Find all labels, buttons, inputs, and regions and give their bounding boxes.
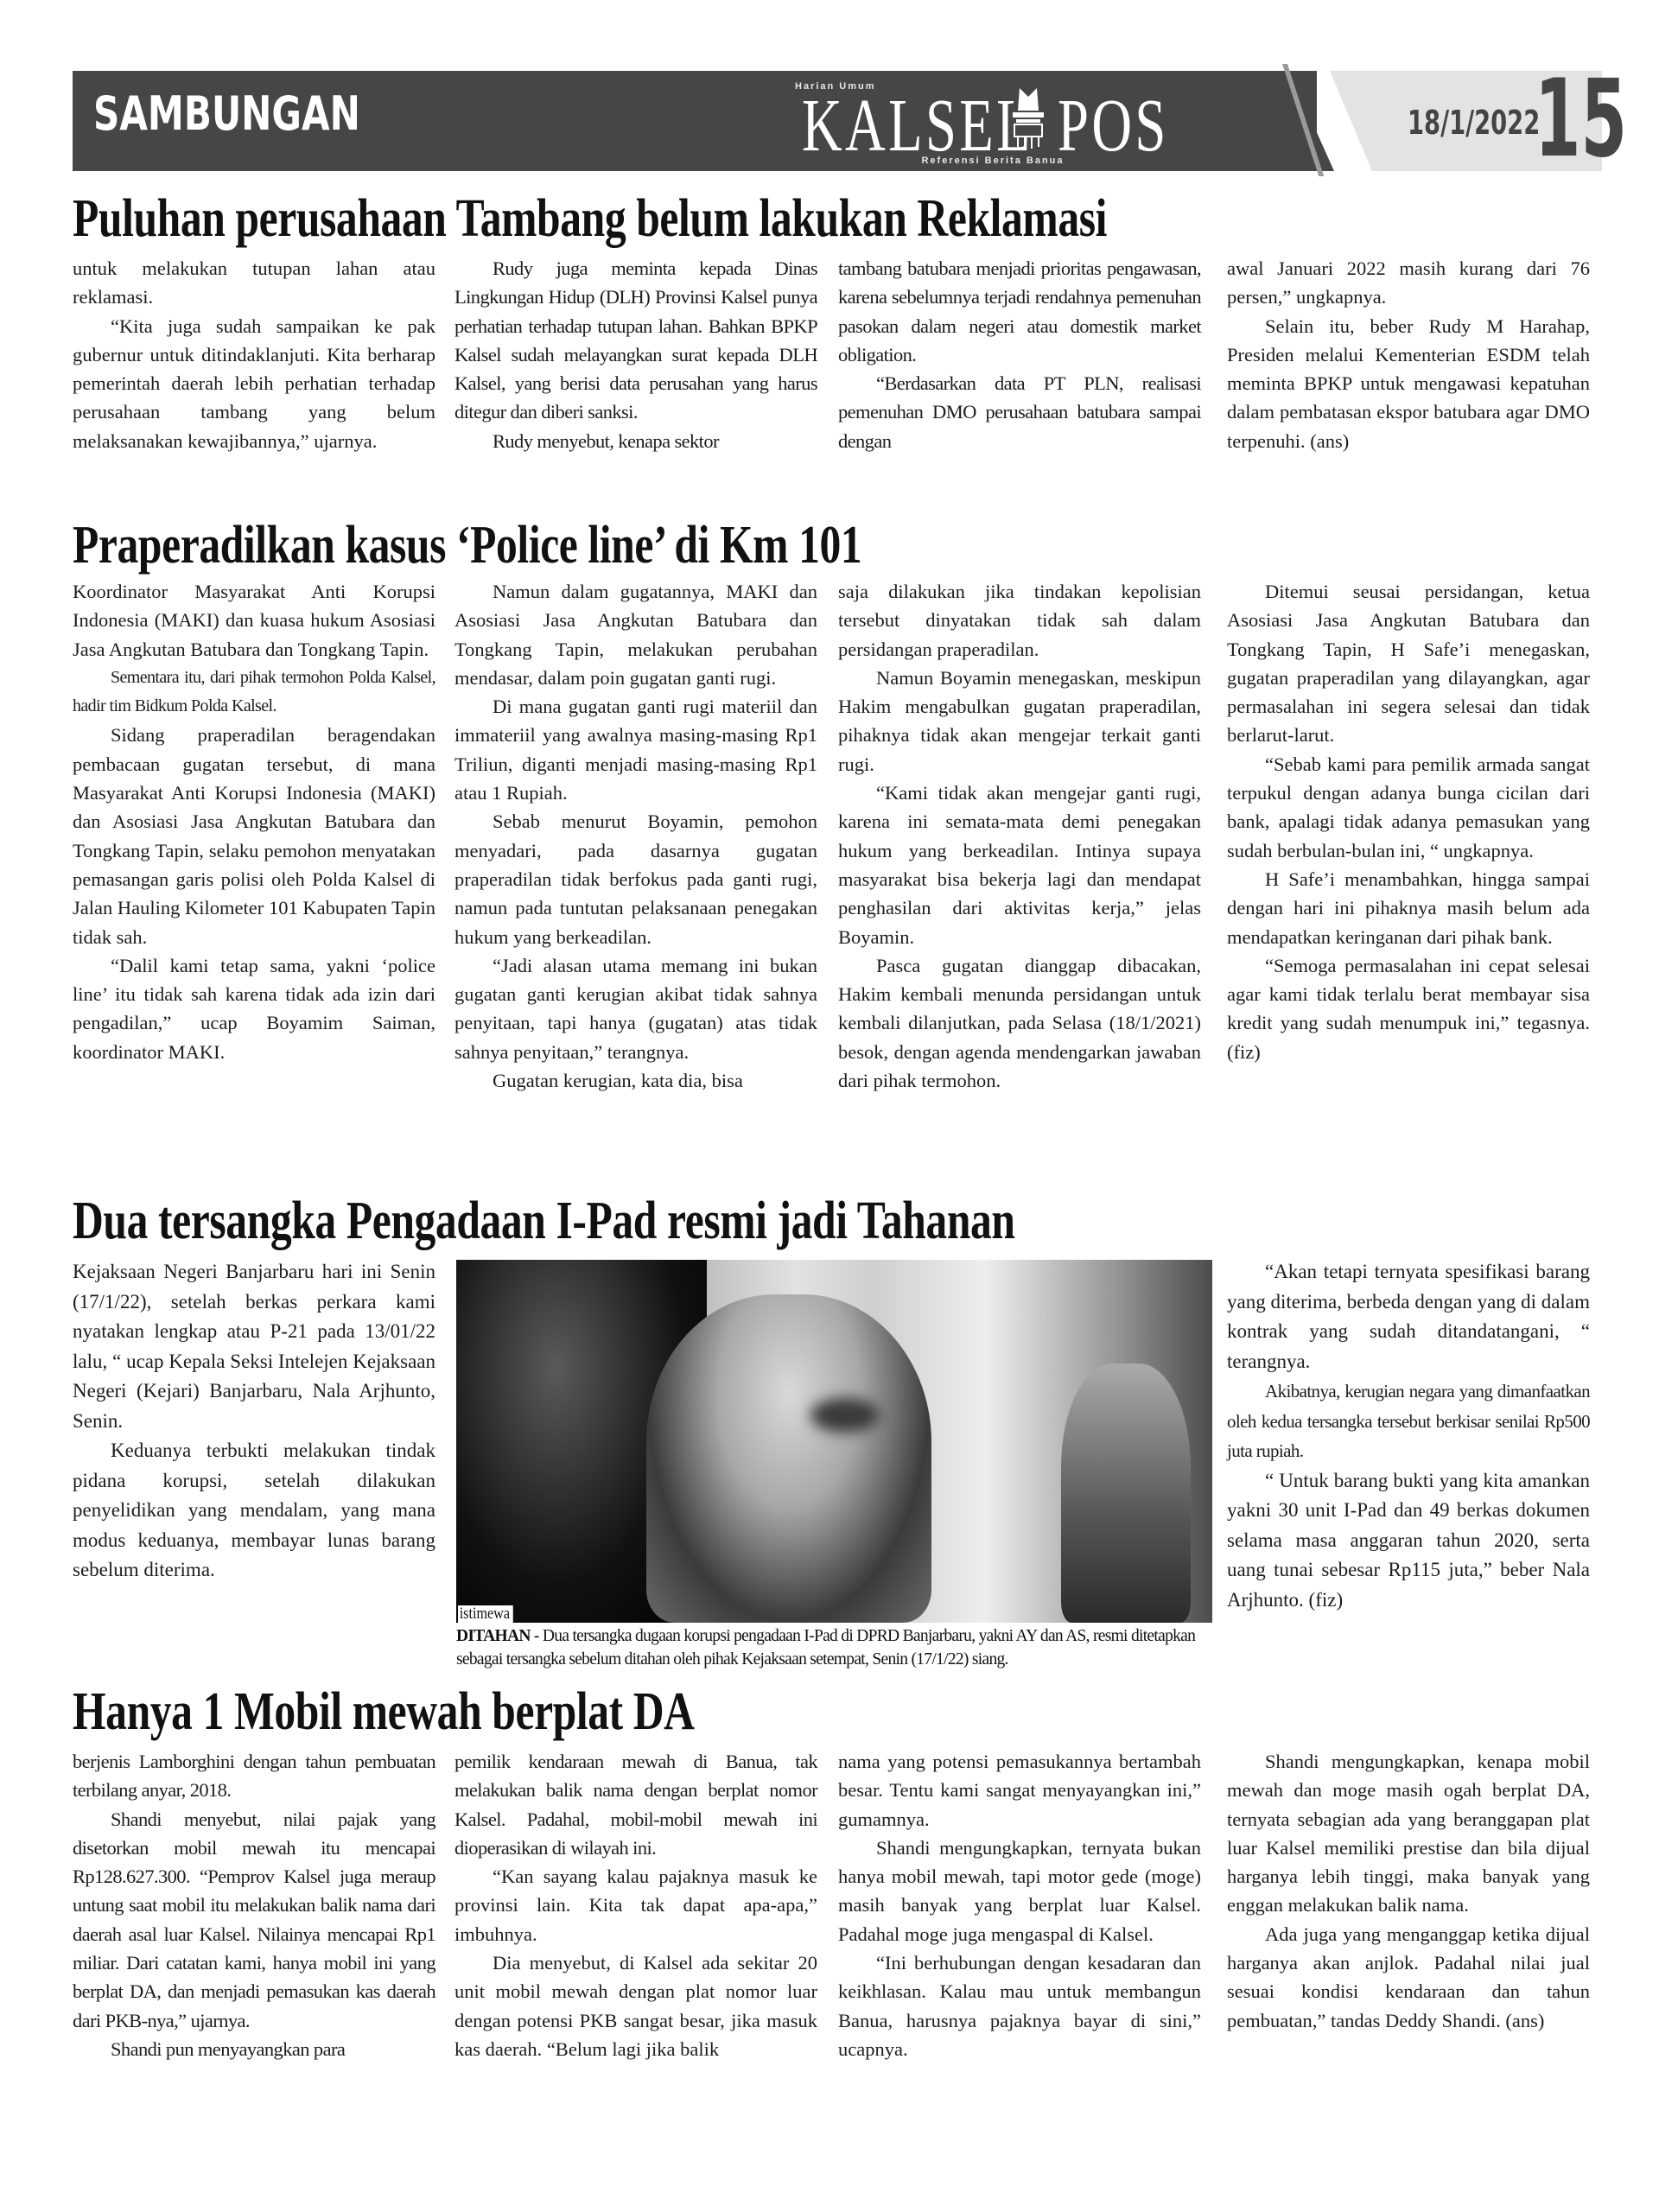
section-label: SAMBUNGAN — [93, 86, 360, 141]
photo-caption: DITAHAN - Dua tersangka dugaan korupsi p… — [456, 1624, 1217, 1671]
paragraph: Shandi pun menyayangkan para — [73, 2035, 435, 2063]
paragraph: Shandi menyebut, nilai pajak yang diseto… — [73, 1805, 435, 2035]
paragraph: “ Untuk barang bukti yang kita amankan y… — [1227, 1466, 1590, 1616]
paragraph: tambang batubara menjadi prioritas penga… — [838, 254, 1201, 369]
paragraph: Gugatan kerugian, kata dia, bisa — [454, 1066, 817, 1095]
article-reklamasi-col-2: Rudy juga meminta kepada Dinas Lingkunga… — [454, 254, 817, 455]
article-reklamasi-col-1: untuk melakukan tutupan lahan atau rekla… — [73, 254, 435, 455]
headline-police-line: Praperadilkan kasus ‘Police line’ di Km … — [73, 518, 861, 572]
page-number: 15 — [1535, 66, 1627, 173]
paragraph: Kejaksaan Negeri Banjarbaru hari ini Sen… — [73, 1257, 435, 1436]
photo-blurred-face — [810, 1398, 880, 1433]
paragraph: Dia menyebut, di Kalsel ada sekitar 20 u… — [454, 1948, 817, 2063]
paragraph: “Ini berhubungan dengan kesadaran dan ke… — [838, 1948, 1201, 2063]
paragraph: “Jadi alasan utama memang ini bukan guga… — [454, 951, 817, 1066]
article-mobil-col-2: pemilik kendaraan mewah di Banua, tak me… — [454, 1747, 817, 2063]
article-reklamasi-col-4: awal Januari 2022 masih kurang dari 76 p… — [1227, 254, 1590, 455]
article-ipad-col-2: “Akan tetapi ternyata spesifikasi barang… — [1227, 1257, 1590, 1615]
headline-reklamasi: Puluhan perusahaan Tambang belum lakukan… — [73, 192, 1107, 245]
paragraph: H Safe’i menambahkan, hingga sampai deng… — [1227, 865, 1590, 951]
photo-suspect-figure — [646, 1294, 931, 1623]
paragraph: pemilik kendaraan mewah di Banua, tak me… — [454, 1747, 817, 1862]
article-reklamasi-col-3: tambang batubara menjadi prioritas penga… — [838, 254, 1201, 455]
paragraph: “Dalil kami tetap sama, yakni ‘police li… — [73, 951, 435, 1066]
paragraph: Di mana gugatan ganti rugi materiil dan … — [454, 692, 817, 807]
article-police-line-col-4: Ditemui seusai persidangan, ketua Asosia… — [1227, 577, 1590, 1066]
paragraph: “Kami tidak akan mengejar ganti rugi, ka… — [838, 779, 1201, 951]
article-police-line-col-2: Namun dalam gugatannya, MAKI dan Asosias… — [454, 577, 817, 1095]
paragraph: Koordinator Masyarakat Anti Korupsi Indo… — [73, 577, 435, 664]
article-mobil-col-1: berjenis Lamborghini dengan tahun pembua… — [73, 1747, 435, 2063]
paragraph: Selain itu, beber Rudy M Harahap, Presid… — [1227, 312, 1590, 455]
paragraph: Rudy juga meminta kepada Dinas Lingkunga… — [454, 254, 817, 427]
article-mobil-col-3: nama yang potensi pemasukannya bertambah… — [838, 1747, 1201, 2063]
paragraph: Sebab menurut Boyamin, pemohon menyadari… — [454, 807, 817, 950]
paragraph: “Akan tetapi ternyata spesifikasi barang… — [1227, 1257, 1590, 1376]
paragraph: Keduanya terbukti melakukan tindak pidan… — [73, 1436, 435, 1586]
logo-emblem-icon — [1007, 85, 1049, 154]
masthead: SAMBUNGAN Harian Umum KALSEL POS Referen… — [73, 71, 1602, 171]
article-police-line-col-3: saja dilakukan jika tindakan kepolisian … — [838, 577, 1201, 1095]
article-police-line-col-1: Koordinator Masyarakat Anti Korupsi Indo… — [73, 577, 435, 1066]
paragraph: “Sebab kami para pemilik armada sangat t… — [1227, 750, 1590, 865]
paragraph: Sidang praperadilan beragendakan pembaca… — [73, 721, 435, 950]
paragraph: Ditemui seusai persidangan, ketua Asosia… — [1227, 577, 1590, 750]
paragraph: saja dilakukan jika tindakan kepolisian … — [838, 577, 1201, 664]
caption-text: - Dua tersangka dugaan korupsi pengadaan… — [456, 1627, 1195, 1669]
paragraph: Shandi mengungkapkan, kenapa mobil mewah… — [1227, 1747, 1590, 1920]
logo-tagline: Referensi Berita Banua — [850, 156, 1135, 166]
news-photo: istimewa — [456, 1260, 1212, 1623]
headline-mobil-mewah: Hanya 1 Mobil mewah berplat DA — [73, 1685, 695, 1738]
newspaper-logo: Harian Umum KALSEL POS Referensi Berita … — [729, 74, 1213, 168]
article-mobil-col-4: Shandi mengungkapkan, kenapa mobil mewah… — [1227, 1747, 1590, 2035]
paragraph: Sementara itu, dari pihak termohon Polda… — [73, 664, 435, 721]
paragraph: “Semoga permasalahan ini cepat selesai a… — [1227, 951, 1590, 1066]
paragraph: awal Januari 2022 masih kurang dari 76 p… — [1227, 254, 1590, 312]
photo-background-figure — [1061, 1363, 1191, 1623]
paragraph: “Kita juga sudah sampaikan ke pak gubern… — [73, 312, 435, 455]
paragraph: Shandi mengungkapkan, ternyata bukan han… — [838, 1834, 1201, 1948]
paragraph: nama yang potensi pemasukannya bertambah… — [838, 1747, 1201, 1834]
headline-ipad: Dua tersangka Pengadaan I-Pad resmi jadi… — [73, 1194, 1015, 1248]
issue-date: 18/1/2022 — [1408, 104, 1540, 142]
paragraph: Ada juga yang menganggap ketika dijual h… — [1227, 1920, 1590, 2035]
paragraph: Namun dalam gugatannya, MAKI dan Asosias… — [454, 577, 817, 692]
paragraph: berjenis Lamborghini dengan tahun pembua… — [73, 1747, 435, 1805]
article-ipad-col-1: Kejaksaan Negeri Banjarbaru hari ini Sen… — [73, 1257, 435, 1586]
paragraph: “Kan sayang kalau pajaknya masuk ke prov… — [454, 1862, 817, 1948]
paragraph: untuk melakukan tutupan lahan atau rekla… — [73, 254, 435, 312]
paragraph: Rudy menyebut, kenapa sektor — [454, 427, 817, 455]
photo-credit: istimewa — [458, 1605, 512, 1623]
paragraph: Namun Boyamin menegaskan, meskipun Hakim… — [838, 664, 1201, 779]
paragraph: Akibatnya, kerugian negara yang dimanfaa… — [1227, 1376, 1590, 1466]
caption-label: DITAHAN — [456, 1627, 531, 1645]
paragraph: “Berdasarkan data PT PLN, realisasi peme… — [838, 369, 1201, 455]
paragraph: Pasca gugatan dianggap dibacakan, Hakim … — [838, 951, 1201, 1095]
